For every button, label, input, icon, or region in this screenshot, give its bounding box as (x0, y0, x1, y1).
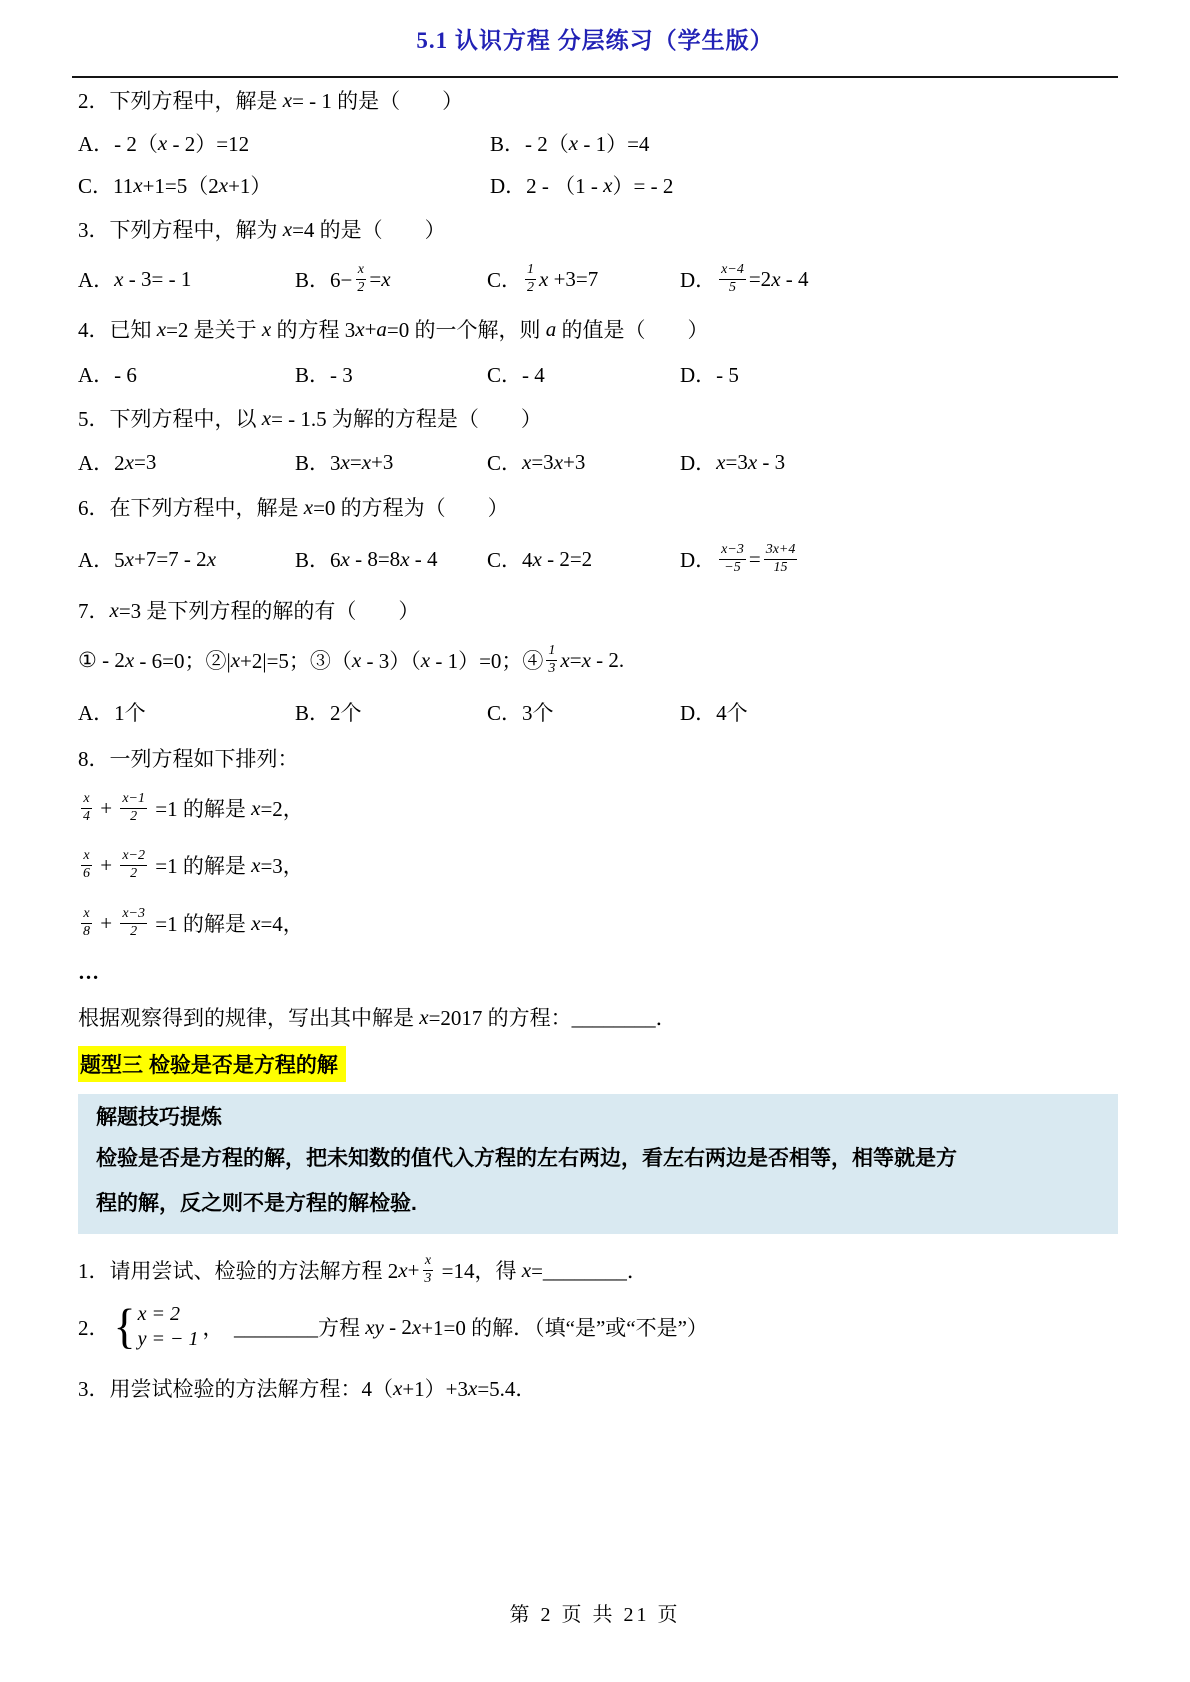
text-run: =0 的方程为（ ） (313, 492, 509, 522)
text-run: C．3个 (487, 697, 554, 727)
text-run: +3 (563, 450, 585, 475)
fraction: x−3−5 (719, 542, 746, 575)
math-var: x (716, 450, 725, 475)
fraction-denominator: 5 (727, 280, 738, 296)
system-line-1: x = 2 (138, 1302, 199, 1327)
question-8-equation-2: x6 + x−22 =1 的解是 x=3， (78, 836, 1118, 894)
text-run: =1 的解是 (150, 908, 251, 938)
math-var: x (352, 648, 361, 673)
worksheet-body: 2．下列方程中，解是 x= - 1 的是（ ） A．- 2（x - 2）=12 … (0, 78, 1190, 1412)
text-run: 2．下列方程中，解是 (78, 85, 283, 115)
text-run: - 4 (781, 267, 809, 292)
question-5-stem: 5．下列方程中，以 x= - 1.5 为解的方程是（ ） (78, 396, 1118, 440)
math-var: x (421, 648, 430, 673)
option-b: B．2个 (295, 688, 487, 736)
text-run: +2|=5；③（ (240, 645, 352, 675)
math-var: x (539, 267, 548, 292)
option-c: C．12x +3=7 (487, 252, 680, 306)
text-run: +1） (228, 170, 271, 200)
math-var: x (748, 450, 757, 475)
text-run: = - 1.5 为解的方程是（ ） (271, 403, 542, 433)
text-run: - 6=0；②| (134, 645, 231, 675)
text-run: 根据观察得到的规律，写出其中解是 (78, 1002, 419, 1032)
section-3-heading-wrap: 题型三 检验是否是方程的解 (78, 1042, 1118, 1082)
math-var: x (304, 495, 313, 520)
text-run: = (570, 648, 582, 673)
option-c: C．x=3x+3 (487, 440, 680, 484)
math-var: x (398, 1258, 407, 1283)
text-run: - 2）=12 (167, 128, 249, 158)
text-run: =4 的是（ ） (292, 214, 446, 244)
text-run: C．11 (78, 170, 133, 200)
text-run: = (369, 267, 381, 292)
text-run: D．- 5 (680, 359, 739, 389)
fraction-denominator: 15 (772, 560, 790, 576)
question-4-options-row: A．- 6 B．- 3 C．- 4 D．- 5 (78, 352, 1118, 396)
text-run: - 8=8 (350, 547, 400, 572)
math-var: x (569, 131, 578, 156)
math-var: x (400, 547, 409, 572)
text-run: +3=7 (548, 267, 598, 292)
option-b: B．- 3 (295, 352, 487, 396)
text-run: D．4个 (680, 697, 748, 727)
math-var: x (533, 547, 542, 572)
math-var: x (158, 131, 167, 156)
worksheet-page: 5.1 认识方程 分层练习（学生版） 2．下列方程中，解是 x= - 1 的是（… (0, 0, 1190, 1682)
text-run: +1=5（2 (143, 170, 219, 200)
math-var: x (125, 547, 134, 572)
question-8-ellipsis: … (78, 952, 1118, 992)
math-var: x (468, 1376, 477, 1401)
text-run: + (95, 796, 117, 821)
option-a: A．2x=3 (78, 440, 295, 484)
fraction: 13 (546, 643, 557, 676)
math-var: x (362, 450, 371, 475)
fraction: x3 (422, 1253, 433, 1286)
text-run: B．- 3 (295, 359, 353, 389)
text-run: ）= - 2 (612, 170, 673, 200)
fraction: x2 (355, 262, 366, 295)
text-run: =14，得 (436, 1255, 521, 1285)
text-run: - 3）（ (361, 645, 421, 675)
text-run: =1 的解是 (150, 793, 251, 823)
fraction-numerator: 1 (546, 643, 557, 660)
math-var: x (771, 267, 780, 292)
text-run: =3 是下列方程的解的有（ ） (119, 595, 420, 625)
text-run: =2 (749, 267, 771, 292)
text-run: B．- 2（ (490, 128, 569, 158)
fraction: 3x+415 (764, 542, 798, 575)
fraction-numerator: x−1 (120, 791, 147, 808)
text-run: =2 是关于 (166, 314, 262, 344)
math-var: x (207, 547, 216, 572)
option-a: A．- 6 (78, 352, 295, 396)
text-run: 8．一列方程如下排列： (78, 743, 299, 773)
math-var: x (157, 317, 166, 342)
text-run: ， ________方程 (202, 1312, 365, 1342)
option-d: D．x=3x - 3 (680, 440, 785, 484)
fraction-numerator: x (81, 791, 91, 808)
math-var: x (522, 450, 531, 475)
fraction-denominator: 6 (81, 866, 92, 882)
math-var: a (376, 317, 387, 342)
option-c: C．4x - 2=2 (487, 530, 680, 588)
question-8-equation-1: x4 + x−12 =1 的解是 x=2， (78, 780, 1118, 836)
option-d: D．2 - （1 - x）= - 2 (490, 164, 673, 206)
tip-box-line-2: 程的解，反之则不是方程的解检验. (96, 1181, 1100, 1226)
text-run: B．3 (295, 447, 341, 477)
question-6-options-row: A．5x+7=7 - 2x B．6x - 8=8x - 4 C．4x - 2=2… (78, 530, 1118, 588)
question-8-observation: 根据观察得到的规律，写出其中解是 x=2017 的方程：________． (78, 992, 1118, 1042)
text-run: + (95, 911, 117, 936)
header: 5.1 认识方程 分层练习（学生版） (0, 0, 1190, 76)
option-a: A．x - 3= - 1 (78, 252, 295, 306)
math-var: x (125, 450, 134, 475)
fraction: x4 (81, 791, 92, 824)
math-var: x (393, 1376, 402, 1401)
fraction: x8 (81, 906, 92, 939)
practice-1: 1．请用尝试、检验的方法解方程 2x+x3 =14，得 x=________． (78, 1244, 1118, 1296)
question-4-stem: 4．已知 x=2 是关于 x 的方程 3x+a=0 的一个解，则 a 的值是（ … (78, 306, 1118, 352)
text-run: C．4 (487, 544, 533, 574)
question-3-stem: 3．下列方程中，解为 x=4 的是（ ） (78, 206, 1118, 252)
math-var: x (251, 853, 260, 878)
text-run: 的值是（ ） (556, 314, 708, 344)
text-run: C． (487, 447, 522, 477)
fraction-numerator: x−4 (719, 262, 746, 279)
text-run: - 1）=4 (578, 128, 649, 158)
math-var: x (133, 173, 142, 198)
practice-3: 3．用尝试检验的方法解方程：4（x+1）+3x=5.4． (78, 1364, 1118, 1412)
page-footer: 第 2 页 共 21 页 (0, 1598, 1190, 1627)
fraction-denominator: 2 (128, 809, 139, 825)
fraction-denominator: 8 (81, 924, 92, 940)
math-var: x (219, 173, 228, 198)
fraction-numerator: x−3 (719, 542, 746, 559)
text-run: 的方程 3 (271, 314, 355, 344)
math-var: x (283, 217, 292, 242)
question-2-options-row-2: C．11x+1=5（2x+1） D．2 - （1 - x）= - 2 (78, 164, 1118, 206)
fraction: x−12 (120, 791, 147, 824)
tip-box-line-1: 检验是否是方程的解，把未知数的值代入方程的左右两边，看左右两边是否相等，相等就是… (96, 1136, 1100, 1181)
text-run: - 2 (384, 1315, 412, 1340)
fraction-numerator: 3x+4 (764, 542, 798, 559)
practice-2-text: ， ________方程 xy - 2x+1=0 的解．（填“是”或“不是”） (202, 1296, 707, 1358)
option-b: B．6x - 8=8x - 4 (295, 530, 487, 588)
text-run: C．- 4 (487, 359, 545, 389)
text-run: 1．请用尝试、检验的方法解方程 2 (78, 1255, 398, 1285)
text-run: =0 的一个解，则 (387, 314, 546, 344)
fraction: x6 (81, 848, 92, 881)
fraction-numerator: x−2 (120, 848, 147, 865)
math-var: x (412, 1315, 421, 1340)
text-run: - 3 (757, 450, 785, 475)
text-run: - 1）=0；④ (430, 645, 543, 675)
question-7-options-row: A．1个 B．2个 C．3个 D．4个 (78, 688, 1118, 736)
option-b: B．3x=x+3 (295, 440, 487, 484)
text-run: 6．在下列方程中，解是 (78, 492, 304, 522)
math-var: x (582, 648, 591, 673)
fraction-numerator: x (356, 262, 366, 279)
math-var: x (114, 267, 123, 292)
text-run: D． (680, 264, 716, 294)
equation-system: { x = 2 y = − 1 (114, 1302, 199, 1352)
text-run: +1）+3 (402, 1373, 468, 1403)
text-run: +7=7 - 2 (134, 547, 207, 572)
option-c: C．- 4 (487, 352, 680, 396)
math-var: x (522, 1258, 531, 1283)
tip-box-title: 解题技巧提炼 (96, 1100, 1100, 1136)
fraction-denominator: 4 (81, 809, 92, 825)
text-run: 3．用尝试检验的方法解方程：4（ (78, 1373, 393, 1403)
math-var: x (283, 88, 292, 113)
math-var: x (262, 317, 271, 342)
text-run: ① - 2 (78, 648, 125, 673)
math-var: x (341, 450, 350, 475)
question-3-options-row: A．x - 3= - 1 B．6−x2=x C．12x +3=7 D．x−45=… (78, 252, 1118, 306)
fraction-numerator: x (81, 848, 91, 865)
question-8-stem: 8．一列方程如下排列： (78, 736, 1118, 780)
math-var: x (560, 648, 569, 673)
text-run: A．2 (78, 447, 125, 477)
question-8-equation-3: x8 + x−32 =1 的解是 x=4， (78, 894, 1118, 952)
option-a: A．5x+7=7 - 2x (78, 530, 295, 588)
text-run: C． (487, 264, 522, 294)
page-title: 5.1 认识方程 分层练习（学生版） (416, 22, 773, 55)
option-d: D．- 5 (680, 352, 739, 396)
text-run: B．2个 (295, 697, 362, 727)
math-var: a (546, 317, 557, 342)
text-run: =5.4． (477, 1373, 536, 1403)
option-a: A．1个 (78, 688, 295, 736)
practice-2-number: 2． (78, 1312, 110, 1342)
text-run: + (95, 853, 117, 878)
text-run: =3 (134, 450, 156, 475)
text-run: - 3= - 1 (124, 267, 192, 292)
text-run: 4．已知 (78, 314, 157, 344)
fraction-denominator: 2 (128, 924, 139, 940)
math-var: x (110, 598, 119, 623)
math-var: x (341, 547, 350, 572)
text-run: +3 (371, 450, 393, 475)
question-5-options-row: A．2x=3 B．3x=x+3 C．x=3x+3 D．x=3x - 3 (78, 440, 1118, 484)
text-run: - 2. (591, 648, 624, 673)
fraction-numerator: x−3 (120, 906, 147, 923)
text-run: =2， (260, 793, 303, 823)
question-7-equations: ① - 2x - 6=0；②|x+2|=5；③（x - 3）（x - 1）=0；… (78, 632, 1118, 688)
fraction-denominator: 2 (525, 280, 536, 296)
option-b: B．- 2（x - 1）=4 (490, 122, 649, 164)
option-d: D．x−3−5=3x+415 (680, 530, 800, 588)
fraction-denominator: 2 (355, 280, 366, 296)
fraction-denominator: −5 (722, 560, 742, 576)
text-run: D． (680, 447, 716, 477)
text-run: =3， (260, 850, 303, 880)
text-run: 3．下列方程中，解为 (78, 214, 283, 244)
fraction: x−32 (120, 906, 147, 939)
text-run: - 2=2 (542, 547, 592, 572)
option-d: D．x−45=2x - 4 (680, 252, 809, 306)
fraction: x−45 (719, 262, 746, 295)
question-2-options-row-1: A．- 2（x - 2）=12 B．- 2（x - 1）=4 (78, 122, 1118, 164)
text-run: =4， (260, 908, 303, 938)
math-var: x (419, 1005, 428, 1030)
option-b: B．6−x2=x (295, 252, 487, 306)
fraction-numerator: x (81, 906, 91, 923)
text-run: A．- 6 (78, 359, 137, 389)
fraction: 12 (525, 262, 536, 295)
system-line-2: y = − 1 (138, 1327, 199, 1352)
fraction-numerator: x (423, 1253, 433, 1270)
question-7-stem: 7．x=3 是下列方程的解的有（ ） (78, 588, 1118, 632)
text-run: - 4 (410, 547, 438, 572)
text-run: =3 (531, 450, 553, 475)
math-var: x (125, 648, 134, 673)
fraction-denominator: 2 (128, 866, 139, 882)
math-var: x (355, 317, 364, 342)
system-brace: { (114, 1303, 136, 1351)
math-var: x (554, 450, 563, 475)
text-run: A． (78, 264, 114, 294)
text-run: B．6− (295, 264, 352, 294)
practice-2: 2． { x = 2 y = − 1 ， ________方程 xy - 2x+… (78, 1296, 1118, 1358)
text-run: D．2 - （1 - (490, 170, 603, 200)
fraction-denominator: 3 (546, 661, 557, 677)
text-run: =3 (726, 450, 748, 475)
text-run: =________． (531, 1255, 648, 1285)
tip-box: 解题技巧提炼 检验是否是方程的解，把未知数的值代入方程的左右两边，看左右两边是否… (78, 1094, 1118, 1234)
text-run: =2017 的方程：________． (429, 1002, 677, 1032)
question-6-stem: 6．在下列方程中，解是 x=0 的方程为（ ） (78, 484, 1118, 530)
math-var: x (251, 796, 260, 821)
text-run: A．5 (78, 544, 125, 574)
option-c: C．11x+1=5（2x+1） (78, 164, 490, 206)
fraction: x−22 (120, 848, 147, 881)
text-run: + (408, 1258, 420, 1283)
text-run: =1 的解是 (150, 850, 251, 880)
math-var: x (231, 648, 240, 673)
question-2-stem: 2．下列方程中，解是 x= - 1 的是（ ） (78, 78, 1118, 122)
text-run: A．- 2（ (78, 128, 158, 158)
math-var: xy (365, 1315, 384, 1340)
system-lines: x = 2 y = − 1 (138, 1302, 199, 1352)
fraction-numerator: 1 (525, 262, 536, 279)
text-run: + (365, 317, 377, 342)
text-run: B．6 (295, 544, 341, 574)
text-run: = (749, 547, 761, 572)
math-var: x (262, 406, 271, 431)
text-run: 7． (78, 595, 110, 625)
option-d: D．4个 (680, 688, 748, 736)
math-var: x (603, 173, 612, 198)
text-run: A．1个 (78, 697, 146, 727)
section-3-heading: 题型三 检验是否是方程的解 (78, 1046, 346, 1082)
text-run: D． (680, 544, 716, 574)
math-var: x (251, 911, 260, 936)
fraction-denominator: 3 (422, 1271, 433, 1287)
math-var: x (381, 267, 390, 292)
text-run: +1=0 的解．（填“是”或“不是”） (421, 1312, 708, 1342)
text-run: 5．下列方程中，以 (78, 403, 262, 433)
option-a: A．- 2（x - 2）=12 (78, 122, 490, 164)
text-run: = - 1 的是（ ） (292, 85, 463, 115)
option-c: C．3个 (487, 688, 680, 736)
text-run: = (350, 450, 362, 475)
